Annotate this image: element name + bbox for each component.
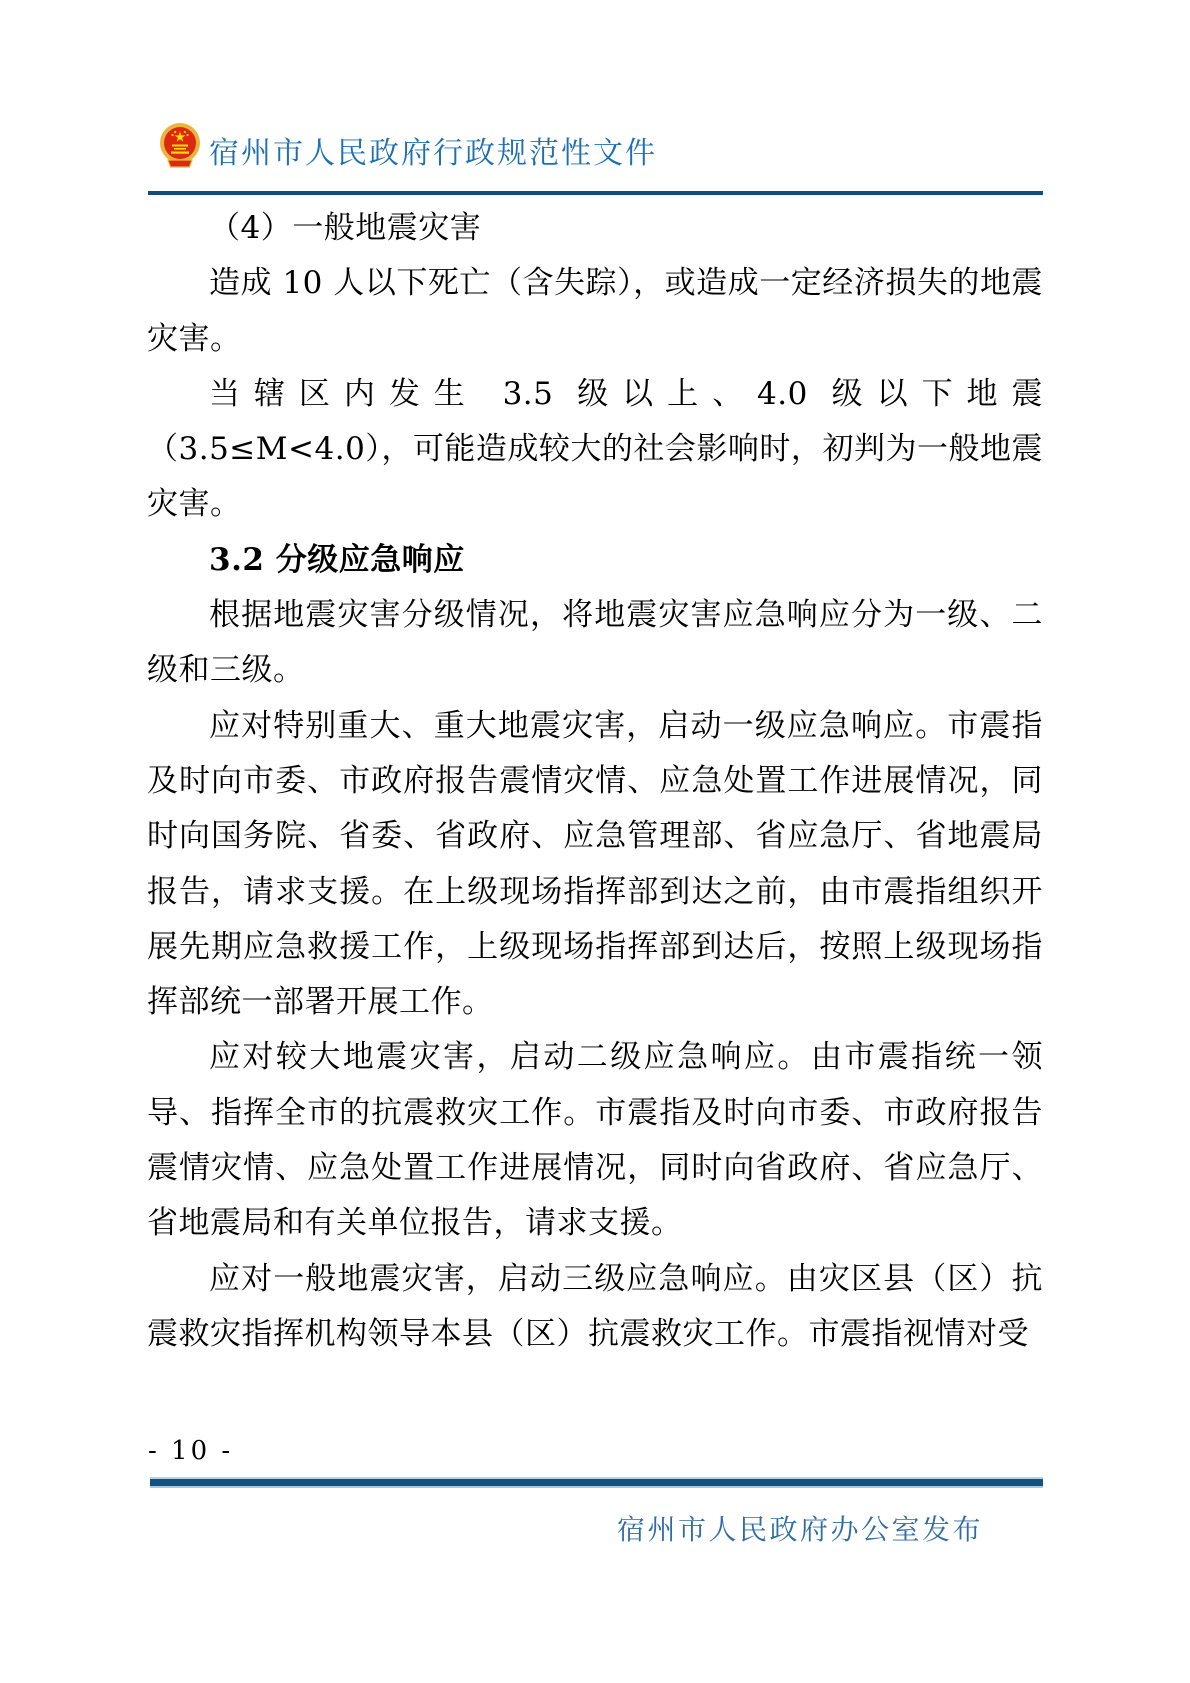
header-divider [148, 191, 1043, 195]
paragraph: 根据地震灾害分级情况，将地震灾害应急响应分为一级、二级和三级。 [147, 588, 1043, 699]
document-page: 宿州市人民政府行政规范性文件 （4）一般地震灾害 造成 10 人以下死亡（含失踪… [0, 0, 1190, 1683]
paragraph: 造成 10 人以下死亡（含失踪），或造成一定经济损失的地震灾害。 [147, 256, 1043, 367]
section-heading: 3.2 分级应急响应 [147, 533, 1043, 588]
paragraph-item-heading: （4）一般地震灾害 [147, 201, 1043, 256]
footer-divider-bar [150, 1477, 1043, 1488]
paragraph: 当辖区内发生 3.5 级以上、4.0 级以下地震（3.5≤M<4.0），可能造成… [147, 367, 1043, 533]
document-body: （4）一般地震灾害 造成 10 人以下死亡（含失踪），或造成一定经济损失的地震灾… [147, 201, 1043, 1362]
paragraph: 应对一般地震灾害，启动三级应急响应。由灾区县（区）抗震救灾指挥机构领导本县（区）… [147, 1252, 1043, 1363]
header-title: 宿州市人民政府行政规范性文件 [209, 128, 657, 172]
footer-publisher: 宿州市人民政府办公室发布 [617, 1508, 983, 1548]
page-number: - 10 - [148, 1436, 233, 1466]
paragraph: 应对特别重大、重大地震灾害，启动一级应急响应。市震指及时向市委、市政府报告震情灾… [147, 699, 1043, 1031]
paragraph: 应对较大地震灾害，启动二级应急响应。由市震指统一领导、指挥全市的抗震救灾工作。市… [147, 1030, 1043, 1251]
national-emblem-icon [159, 122, 201, 172]
